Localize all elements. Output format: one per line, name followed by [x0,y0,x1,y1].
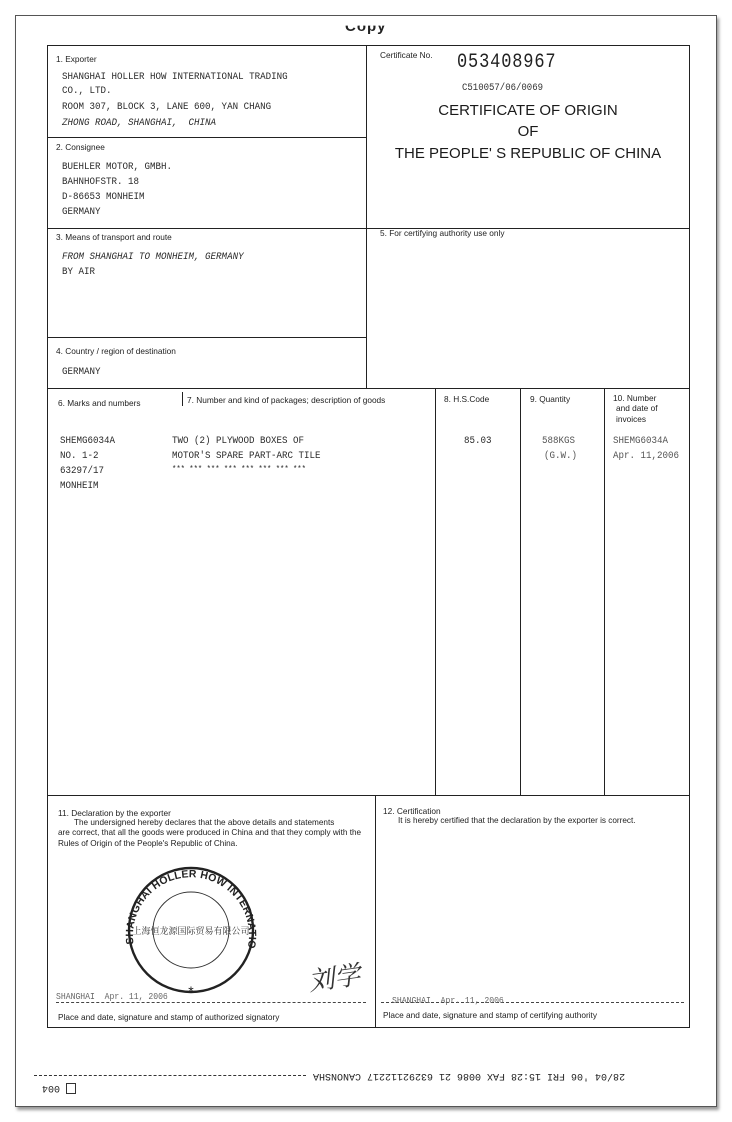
consignee-line: BUEHLER MOTOR, GMBH. [62,162,172,175]
exporter-line: ROOM 307, BLOCK 3, LANE 600, YAN CHANG [62,102,271,115]
quantity-value: 588KGS [542,436,575,449]
certificate-number: 053408967 [457,51,556,74]
transport-line: BY AIR [62,267,95,280]
destination-label: 4. Country / region of destination [56,346,176,356]
certification-label: 12. Certification [383,806,441,816]
certification-place-date: SHANGHAI Apr. 11, 2006 [392,995,504,1008]
description-header: 7. Number and kind of packages; descript… [187,395,385,405]
description-line: MOTOR'S SPARE PART-ARC TILE [172,451,321,464]
consignee-line: GERMANY [62,207,101,220]
certificate-title: CERTIFICATE OF ORIGIN [368,102,688,119]
hs-code-value: 85.03 [464,436,492,449]
svg-text:*: * [188,983,194,998]
declaration-text-indent: The undersigned hereby declares that the… [74,818,374,829]
exporter-label: 1. Exporter [56,54,97,64]
divider [47,388,690,389]
fax-header-line: 28/04 '06 FRI 15:28 FAX 0086 21 63292112… [313,1070,625,1081]
fax-page-number: 004 [42,1082,60,1093]
declaration-place-date: SHANGHAI Apr. 11, 2006 [56,991,168,1004]
signature: 刘学 [306,955,363,999]
divider [47,337,367,338]
divider [520,388,521,795]
invoice-date: Apr. 11,2006 [613,451,681,464]
marks-header: 6. Marks and numbers [58,398,141,408]
declaration-text: are correct, that all the goods were pro… [58,828,368,849]
certification-text: It is hereby certified that the declarat… [398,816,636,827]
exporter-line: SHANGHAI HOLLER HOW INTERNATIONAL TRADIN… [62,72,288,85]
invoice-header: invoices [616,414,646,424]
exporter-line: ZHONG ROAD, SHANGHAI, CHINA [62,118,216,131]
quantity-unit: (G.W.) [544,451,577,464]
declaration-footer: Place and date, signature and stamp of a… [58,1012,279,1022]
divider [435,388,436,795]
exporter-line: CO., LTD. [62,86,112,99]
description-line: *** *** *** *** *** *** *** *** [172,464,306,477]
hs-code-header: 8. H.S.Code [444,394,489,404]
divider [47,795,690,796]
marks-line: SHEMG6034A [60,436,115,449]
certification-footer: Place and date, signature and stamp of c… [383,1010,597,1020]
certificate-no-label: Certificate No. [380,50,433,60]
description-line: TWO (2) PLYWOOD BOXES OF [172,436,304,449]
consignee-label: 2. Consignee [56,142,105,152]
certifying-use-label: 5. For certifying authority use only [380,228,505,238]
invoice-header: and date of [616,403,658,413]
divider [47,137,367,138]
invoice-number: SHEMG6034A [613,436,668,449]
destination-value: GERMANY [62,367,101,380]
certificate-title-of: OF [368,123,688,140]
declaration-label: 11. Declaration by the exporter [58,808,171,818]
svg-text:上海恒龙源国际贸易有限公司: 上海恒龙源国际贸易有限公司 [132,925,249,937]
transport-label: 3. Means of transport and route [56,232,172,242]
fax-rule [34,1075,306,1076]
quantity-header: 9. Quantity [530,394,570,404]
divider [604,388,605,795]
marks-line: MONHEIM [60,481,99,494]
divider [47,228,690,229]
divider [182,392,183,406]
transport-line: FROM SHANGHAI TO MONHEIM, GERMANY [62,252,244,265]
marks-line: 63297/17 [60,466,104,479]
consignee-line: D-86653 MONHEIM [62,192,145,205]
marks-line: NO. 1-2 [60,451,99,464]
company-stamp: SHANGHAI HOLLER HOW INTERNATIONAL TRADIN… [108,858,274,998]
divider [375,795,376,1028]
invoice-header: 10. Number [613,393,656,403]
fax-page-icon [66,1083,76,1094]
certificate-title-country: THE PEOPLE' S REPUBLIC OF CHINA [368,145,688,162]
certificate-reference: C510057/06/0069 [462,83,543,94]
consignee-line: BAHNHOFSTR. 18 [62,177,139,190]
